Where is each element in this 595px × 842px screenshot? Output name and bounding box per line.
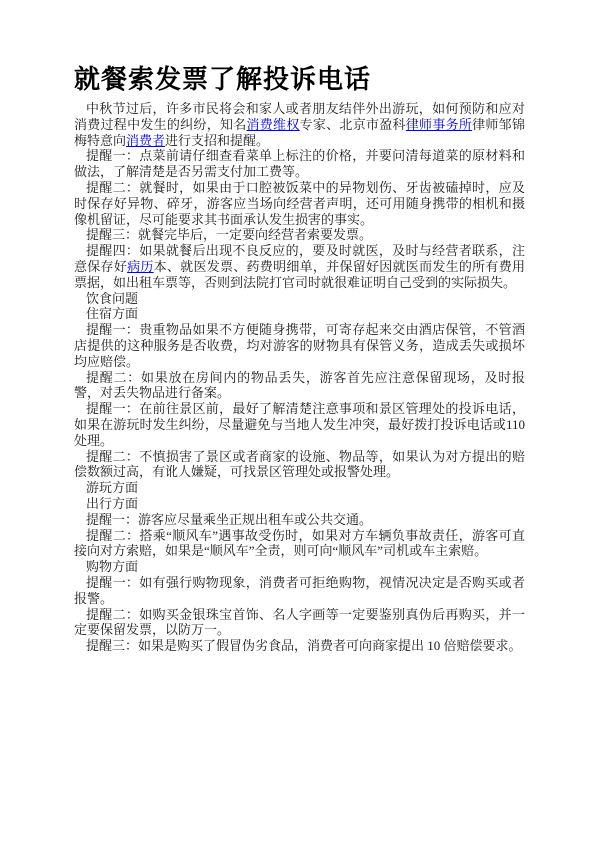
text-run: 提醒二：就餐时，如果由于口腔被饭菜中的异物划伤、牙齿被磕掉时，应及时保存好异物、…	[74, 180, 525, 227]
text-run: 购物方面	[86, 559, 138, 574]
section-label-shopping: 购物方面	[74, 559, 525, 575]
link-consumer[interactable]: 消费者	[126, 133, 165, 148]
lodging-tip-1: 提醒一：贵重物品如果不方便随身携带，可寄存起来交由酒店保管，不管酒店提供的这种服…	[74, 322, 525, 369]
shopping-tip-2: 提醒二：如购买金银珠宝首饰、名人字画等一定要鉴别真伪后再购买，并一定要保留发票，…	[74, 607, 525, 639]
text-run: 出行方面	[86, 496, 138, 511]
dining-tip-4: 提醒四：如果就餐后出现不良反应的，要及时就医，及时与经营者联系，注意保存好病历本…	[74, 243, 525, 290]
section-label-dining: 饮食问题	[74, 291, 525, 307]
text-run: 提醒二：不慎损害了景区或者商家的设施、物品等，如果认为对方提出的赔偿数额过高，有…	[74, 449, 525, 480]
section-label-lodging: 住宿方面	[74, 306, 525, 322]
link-law-firm[interactable]: 律师事务所	[406, 117, 472, 132]
section-label-touring: 游玩方面	[74, 480, 525, 496]
travel-tip-1: 提醒一：游客应尽量乘坐正规出租车或公共交通。	[74, 512, 525, 528]
text-run: 提醒一：贵重物品如果不方便随身携带，可寄存起来交由酒店保管，不管酒店提供的这种服…	[74, 322, 525, 369]
dining-tip-3: 提醒三：就餐完毕后，一定要向经营者索要发票。	[74, 227, 525, 243]
document-body: 中秋节过后，许多市民将会和家人或者朋友结伴外出游玩，如何预防和应对消费过程中发生…	[74, 101, 525, 654]
section-label-travel: 出行方面	[74, 496, 525, 512]
text-run: 提醒一：在前往景区前，最好了解清楚注意事项和景区管理处的投诉电话，如果在游玩时发…	[74, 401, 525, 448]
text-run: 提醒一：游客应尽量乘坐正规出租车或公共交通。	[86, 512, 372, 527]
document-page: 就餐索发票了解投诉电话 中秋节过后，许多市民将会和家人或者朋友结伴外出游玩，如何…	[0, 0, 595, 842]
link-consumer-rights[interactable]: 消费维权	[247, 117, 300, 132]
scenic-area-tip-1: 提醒一：在前往景区前，最好了解清楚注意事项和景区管理处的投诉电话，如果在游玩时发…	[74, 401, 525, 448]
text-run: 游玩方面	[86, 480, 138, 495]
shopping-tip-1: 提醒一：如有强行购物现象，消费者可拒绝购物，视情况决定是否购买或者报警。	[74, 575, 525, 607]
text-run: 提醒三：如果是购买了假冒伪劣食品，消费者可向商家提出 10 倍赔偿要求。	[86, 638, 522, 653]
dining-tip-1: 提醒一：点菜前请仔细查看菜单上标注的价格，并要问清每道菜的原材料和做法，了解清楚…	[74, 148, 525, 180]
text-run: 提醒一：点菜前请仔细查看菜单上标注的价格，并要问清每道菜的原材料和做法，了解清楚…	[74, 148, 525, 179]
text-run: 提醒一：如有强行购物现象，消费者可拒绝购物，视情况决定是否购买或者报警。	[74, 575, 525, 606]
text-run: 进行支招和提醒。	[165, 133, 269, 148]
text-run: 提醒二：如购买金银珠宝首饰、名人字画等一定要鉴别真伪后再购买，并一定要保留发票，…	[74, 607, 525, 638]
text-run: 饮食问题	[86, 291, 138, 306]
scenic-area-tip-2: 提醒二：不慎损害了景区或者商家的设施、物品等，如果认为对方提出的赔偿数额过高，有…	[74, 449, 525, 481]
travel-tip-2: 提醒二：搭乘“顺风车”遇事故受伤时，如果对方车辆负事故责任，游客可直接向对方索赔…	[74, 528, 525, 560]
text-run: 提醒三：就餐完毕后，一定要向经营者索要发票。	[86, 227, 372, 242]
dining-tip-2: 提醒二：就餐时，如果由于口腔被饭菜中的异物划伤、牙齿被磕掉时，应及时保存好异物、…	[74, 180, 525, 227]
text-run: 专家、北京市盈科	[300, 117, 406, 132]
text-run: 住宿方面	[86, 306, 138, 321]
text-run: 提醒二：搭乘“顺风车”遇事故受伤时，如果对方车辆负事故责任，游客可直接向对方索赔…	[74, 528, 525, 559]
link-medical-record[interactable]: 病历	[127, 259, 154, 274]
lodging-tip-2: 提醒二：如果放在房间内的物品丢失，游客首先应注意保留现场，及时报警，对丢失物品进…	[74, 370, 525, 402]
document-title: 就餐索发票了解投诉电话	[74, 64, 525, 95]
text-run: 提醒二：如果放在房间内的物品丢失，游客首先应注意保留现场，及时报警，对丢失物品进…	[74, 370, 525, 401]
shopping-tip-3: 提醒三：如果是购买了假冒伪劣食品，消费者可向商家提出 10 倍赔偿要求。	[74, 638, 525, 654]
intro-paragraph: 中秋节过后，许多市民将会和家人或者朋友结伴外出游玩，如何预防和应对消费过程中发生…	[74, 101, 525, 148]
